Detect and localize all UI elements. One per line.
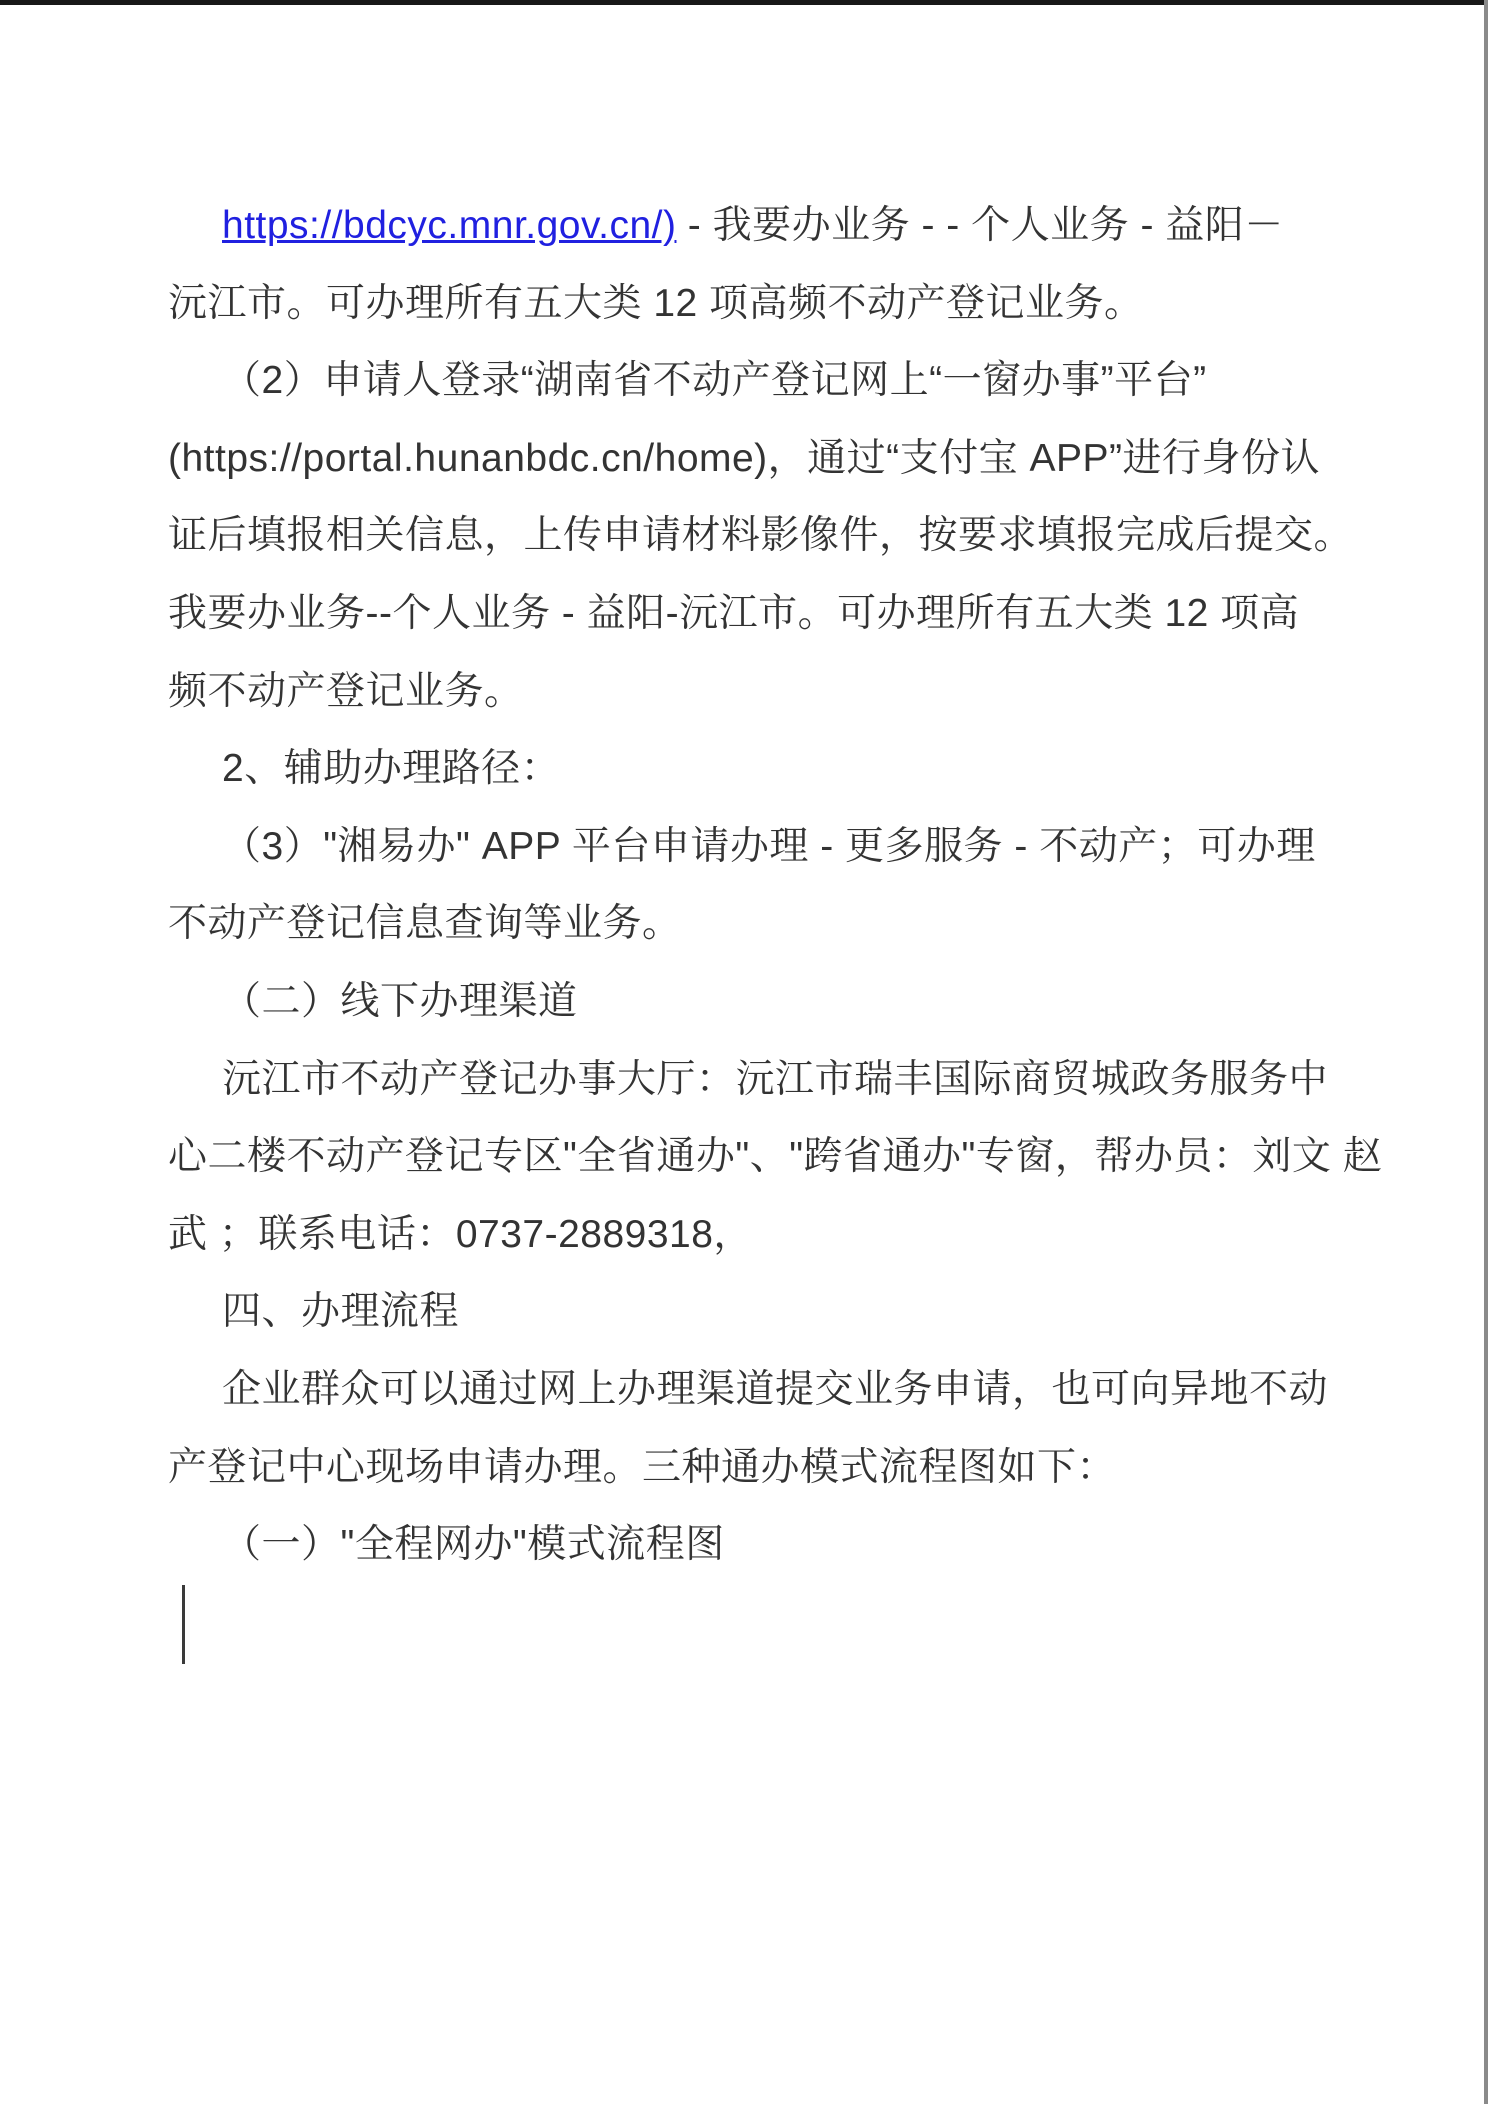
doc-line: 证后填报相关信息，上传申请材料影像件，按要求填报完成后提交。 bbox=[168, 497, 1338, 575]
doc-line: 四、办理流程 bbox=[168, 1273, 1338, 1351]
doc-line: 2、辅助办理路径： bbox=[168, 730, 1338, 808]
doc-text: - 我要办业务 - - 个人业务 - 益阳－ bbox=[676, 204, 1283, 247]
document-body: https://bdcyc.mnr.gov.cn/) - 我要办业务 - - 个… bbox=[168, 187, 1338, 1584]
text-cursor[interactable] bbox=[182, 1585, 185, 1664]
doc-line: 不动产登记信息查询等业务。 bbox=[168, 885, 1338, 963]
doc-line: （一）"全程网办"模式流程图 bbox=[168, 1506, 1338, 1584]
doc-line: 频不动产登记业务。 bbox=[168, 653, 1338, 731]
doc-line: 沅江市不动产登记办事大厅：沅江市瑞丰国际商贸城政务服务中 bbox=[168, 1041, 1338, 1119]
right-border bbox=[1484, 0, 1488, 2104]
doc-line: （二）线下办理渠道 bbox=[168, 963, 1338, 1041]
doc-line: （3）"湘易办" APP 平台申请办理 - 更多服务 - 不动产；可办理 bbox=[168, 808, 1338, 886]
hyperlink-bdcyc[interactable]: https://bdcyc.mnr.gov.cn/) bbox=[222, 204, 676, 247]
doc-line: 心二楼不动产登记专区"全省通办"、"跨省通办"专窗，帮办员：刘文 赵 bbox=[168, 1118, 1338, 1196]
document-page: https://bdcyc.mnr.gov.cn/) - 我要办业务 - - 个… bbox=[0, 0, 1488, 2104]
doc-line: （2）申请人登录“湖南省不动产登记网上“一窗办事”平台” bbox=[168, 342, 1338, 420]
doc-line: https://bdcyc.mnr.gov.cn/) - 我要办业务 - - 个… bbox=[168, 187, 1338, 265]
doc-line: 沅江市。可办理所有五大类 12 项高频不动产登记业务。 bbox=[168, 265, 1338, 343]
doc-line: 我要办业务--个人业务 - 益阳-沅江市。可办理所有五大类 12 项高 bbox=[168, 575, 1338, 653]
doc-line: 武 ；联系电话：0737-2889318， bbox=[168, 1196, 1338, 1274]
doc-line: (https://portal.hunanbdc.cn/home)，通过“支付宝… bbox=[168, 420, 1338, 498]
top-border bbox=[0, 0, 1488, 5]
doc-line: 企业群众可以通过网上办理渠道提交业务申请，也可向异地不动 bbox=[168, 1351, 1338, 1429]
doc-line: 产登记中心现场申请办理。三种通办模式流程图如下： bbox=[168, 1429, 1338, 1507]
